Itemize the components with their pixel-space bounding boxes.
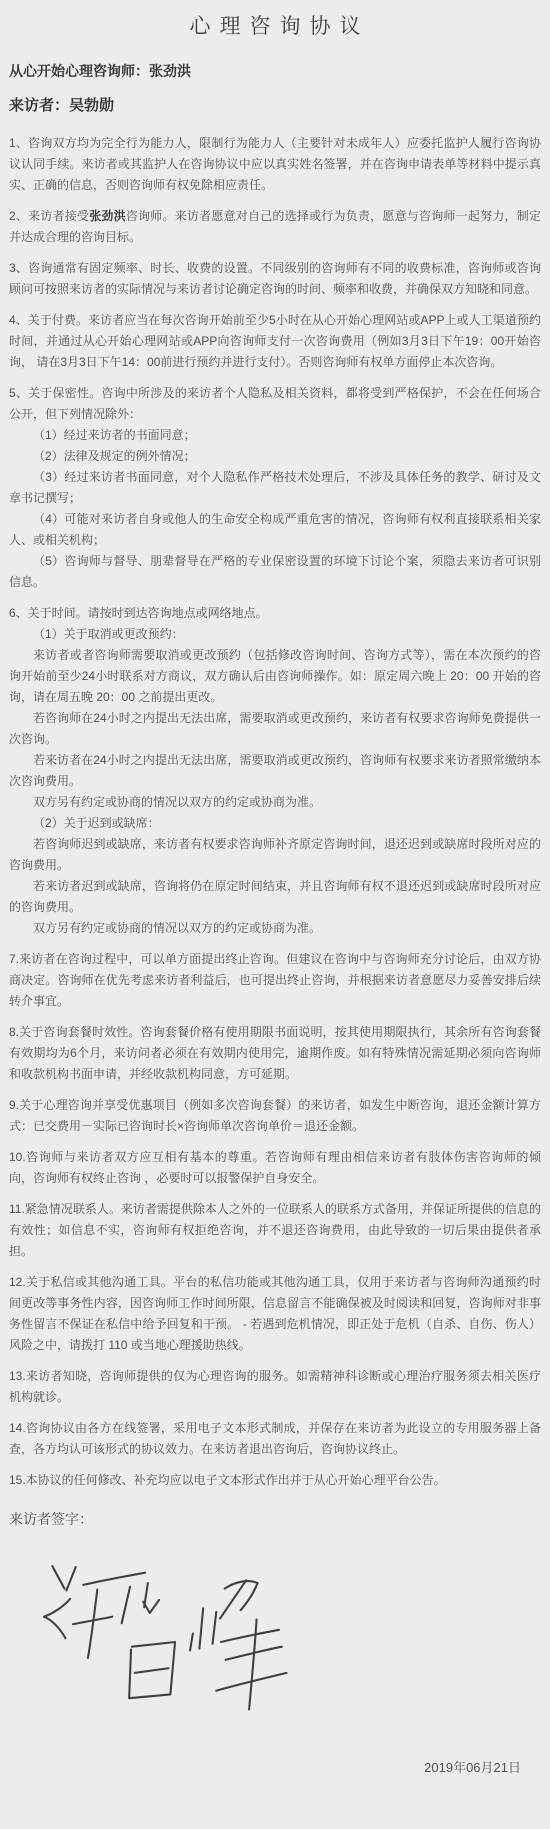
clause-13: 13.来访者知晓，咨询师提供的仅为心理咨询的服务。如需精神科诊断或心理治疗服务须…: [9, 1366, 541, 1408]
visitor-line: 来访者：吴勃勋: [9, 94, 541, 115]
clause-3-text: 3、咨询通常有固定频率、时长、收费的设置。不同级别的咨询师有不同的收费标准，咨询…: [9, 258, 541, 300]
clause-2-prefix: 2、来访者接受: [9, 209, 89, 223]
signature-handwriting: [23, 1553, 299, 1731]
counselor-line: 从心开始心理咨询师：张劲洪: [9, 61, 541, 81]
clause-6-item-1b: 若咨询师在24小时之内提出无法出席，需要取消或更改预约，来访者有权要求咨询师免费…: [9, 708, 541, 750]
clause-6-item-1: （1）关于取消或更改预约：: [9, 624, 541, 645]
clause-7-text: 7.来访者在咨询过程中，可以单方面提出终止咨询。但建议在咨询中与咨询师充分讨论后…: [9, 949, 541, 1012]
clause-14-text: 14.咨询协议由各方在线签署，采用电子文本形式制成，并保存在来访者为此设立的专用…: [9, 1418, 541, 1460]
clause-8-text: 8.关于咨询套餐时效性。咨询套餐价格有使用期限书面说明，按其使用期限执行，其余所…: [9, 1022, 541, 1085]
clause-5: 5、关于保密性。咨询中所涉及的来访者个人隐私及相关资料，都将受到严格保护，不会在…: [9, 383, 541, 593]
clause-14: 14.咨询协议由各方在线签署，采用电子文本形式制成，并保存在来访者为此设立的专用…: [9, 1418, 541, 1460]
clause-12-text: 12.关于私信或其他沟通工具。平台的私信功能或其他沟通工具，仅用于来访者与咨询师…: [9, 1272, 541, 1356]
clause-10: 10.咨询师与来访者双方应互相有基本的尊重。若咨询师有理由相信来访者有肢体伤害咨…: [9, 1147, 541, 1189]
clause-6-text: 6、关于时间。请按时到达咨询地点或网络地点。: [9, 603, 541, 624]
agreement-document: 心理咨询协议 从心开始心理咨询师：张劲洪 来访者：吴勃勋 1、咨询双方均为完全行…: [0, 0, 550, 1829]
clause-2-text: 2、来访者接受张劲洪咨询师。来访者愿意对自己的选择或行为负责，愿意与咨询师一起努…: [9, 206, 541, 248]
signature-label: 来访者签字：: [9, 1509, 541, 1529]
date-text: 2019年06月21日: [9, 1757, 541, 1776]
clause-15: 15.本协议的任何修改、补充均应以电子文本形式作出并于从心开始心理平台公告。: [9, 1470, 541, 1491]
clause-6-item-2a: 若咨询师迟到或缺席，来访者有权要求咨询师补齐原定咨询时间，退还迟到或缺席时段所对…: [9, 834, 541, 876]
clause-6-item-2b: 若来访者迟到或缺席，咨询将仍在原定时间结束，并且咨询师有权不退还迟到或缺席时段所…: [9, 876, 541, 918]
clause-6-item-1a: 来访者或者咨询师需要取消或更改预约（包括修改咨询时间、咨询方式等），需在本次预约…: [9, 645, 541, 708]
clause-5-item-5: （5）咨询师与督导、朋辈督导在严格的专业保密设置的环境下讨论个案，须隐去来访者可…: [9, 551, 541, 593]
clause-13-text: 13.来访者知晓，咨询师提供的仅为心理咨询的服务。如需精神科诊断或心理治疗服务须…: [9, 1366, 541, 1408]
clause-5-item-3: （3）经过来访者书面同意，对个人隐私作严格技术处理后，不涉及具体任务的教学、研讨…: [9, 467, 541, 509]
clause-4-text: 4、关于付费。来访者应当在每次咨询开始前至少5小时在从心开始心理网站或APP上或…: [9, 310, 541, 373]
clause-11: 11.紧急情况联系人。来访者需提供除本人之外的一位联系人的联系方式备用，并保证所…: [9, 1199, 541, 1262]
clause-6-item-1d: 双方另有约定或协商的情况以双方的约定或协商为准。: [9, 792, 541, 813]
clause-5-item-4: （4）可能对来访者自身或他人的生命安全构成严重危害的情况，咨询师有权利直接联系相…: [9, 509, 541, 551]
clause-2: 2、来访者接受张劲洪咨询师。来访者愿意对自己的选择或行为负责，愿意与咨询师一起努…: [9, 206, 541, 248]
signature-area: [23, 1553, 541, 1731]
clause-6-item-1c: 若来访者在24小时之内提出无法出席，需要取消或更改预约，咨询师有权要求来访者照常…: [9, 750, 541, 792]
clause-4: 4、关于付费。来访者应当在每次咨询开始前至少5小时在从心开始心理网站或APP上或…: [9, 310, 541, 373]
clause-9-text: 9.关于心理咨询并享受优惠项目（例如多次咨询套餐）的来访者，如发生中断咨询，退还…: [9, 1095, 541, 1137]
clause-9: 9.关于心理咨询并享受优惠项目（例如多次咨询套餐）的来访者，如发生中断咨询，退还…: [9, 1095, 541, 1137]
clause-1: 1、咨询双方均为完全行为能力人，限制行为能力人（主要针对未成年人）应委托监护人履…: [9, 133, 541, 196]
clause-6-item-2: （2）关于迟到或缺席：: [9, 813, 541, 834]
clause-6: 6、关于时间。请按时到达咨询地点或网络地点。 （1）关于取消或更改预约： 来访者…: [9, 603, 541, 939]
clause-5-text: 5、关于保密性。咨询中所涉及的来访者个人隐私及相关资料，都将受到严格保护，不会在…: [9, 383, 541, 425]
clause-11-text: 11.紧急情况联系人。来访者需提供除本人之外的一位联系人的联系方式备用，并保证所…: [9, 1199, 541, 1262]
counselor-name-bold: 张劲洪: [89, 209, 126, 223]
clause-3: 3、咨询通常有固定频率、时长、收费的设置。不同级别的咨询师有不同的收费标准，咨询…: [9, 258, 541, 300]
clause-5-item-2: （2）法律及规定的例外情况；: [9, 446, 541, 467]
clause-1-text: 1、咨询双方均为完全行为能力人，限制行为能力人（主要针对未成年人）应委托监护人履…: [9, 133, 541, 196]
clause-6-item-2c: 双方另有约定或协商的情况以双方的约定或协商为准。: [9, 918, 541, 939]
clause-15-text: 15.本协议的任何修改、补充均应以电子文本形式作出并于从心开始心理平台公告。: [9, 1470, 541, 1491]
clause-8: 8.关于咨询套餐时效性。咨询套餐价格有使用期限书面说明，按其使用期限执行，其余所…: [9, 1022, 541, 1085]
clause-10-text: 10.咨询师与来访者双方应互相有基本的尊重。若咨询师有理由相信来访者有肢体伤害咨…: [9, 1147, 541, 1189]
clause-7: 7.来访者在咨询过程中，可以单方面提出终止咨询。但建议在咨询中与咨询师充分讨论后…: [9, 949, 541, 1012]
clause-12: 12.关于私信或其他沟通工具。平台的私信功能或其他沟通工具，仅用于来访者与咨询师…: [9, 1272, 541, 1356]
page-title: 心理咨询协议: [9, 12, 541, 41]
clause-5-item-1: （1）经过来访者的书面同意；: [9, 425, 541, 446]
